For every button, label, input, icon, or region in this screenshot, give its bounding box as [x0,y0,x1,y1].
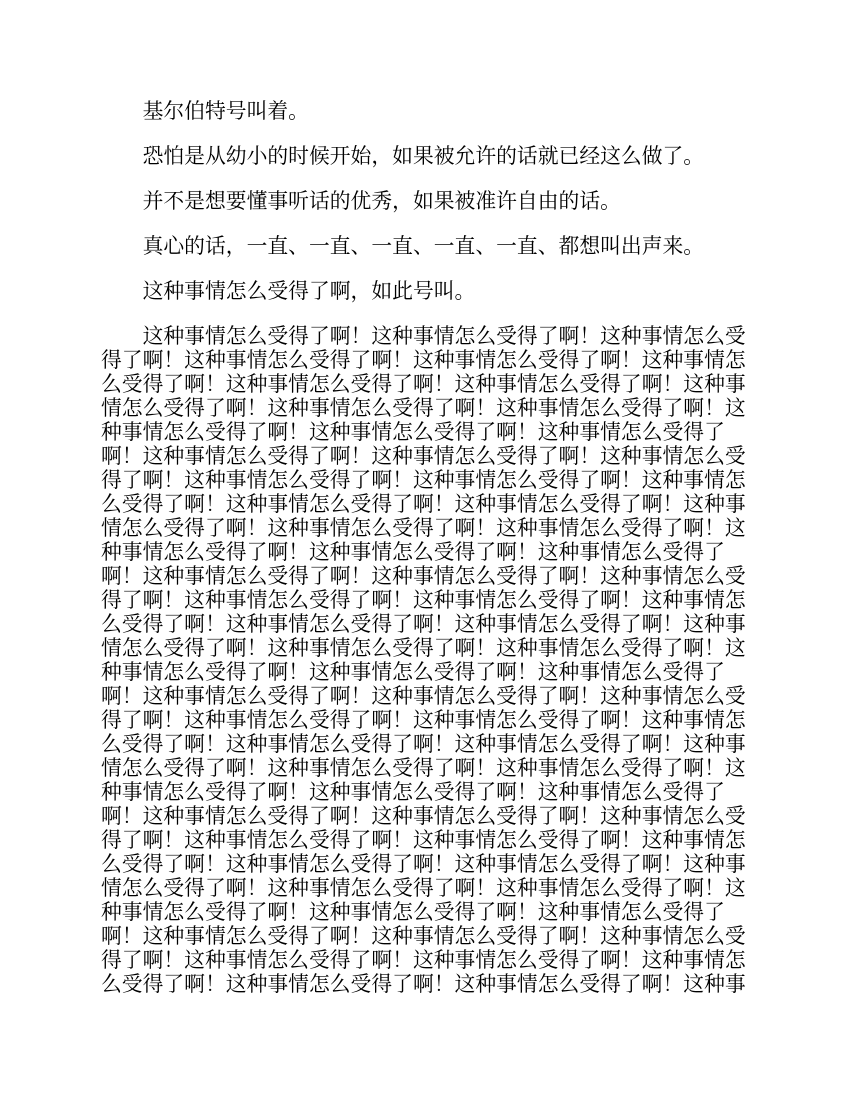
paragraph-2: 恐怕是从幼小的时候开始，如果被允许的话就已经这么做了。 [101,145,749,169]
document-page: 基尔伯特号叫着。 恐怕是从幼小的时候开始，如果被允许的话就已经这么做了。 并不是… [0,0,850,1100]
paragraph-5: 这种事情怎么受得了啊，如此号叫。 [101,280,749,304]
paragraph-4: 真心的话，一直、一直、一直、一直、一直、都想叫出声来。 [101,235,749,259]
paragraph-1: 基尔伯特号叫着。 [101,100,749,124]
paragraph-3: 并不是想要懂事听话的优秀，如果被准许自由的话。 [101,190,749,214]
page-content: 基尔伯特号叫着。 恐怕是从幼小的时候开始，如果被允许的话就已经这么做了。 并不是… [101,100,749,997]
repeated-phrase-block: 这种事情怎么受得了啊！这种事情怎么受得了啊！这种事情怎么受得了啊！这种事情怎么受… [101,325,749,997]
